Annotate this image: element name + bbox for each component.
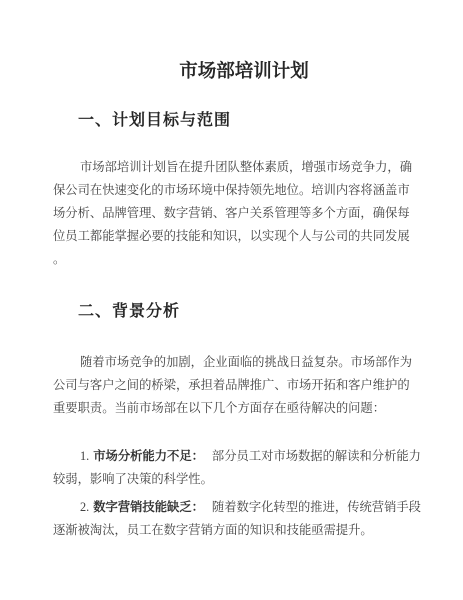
list-item-text: 随着数字化转型的推进，传统营销手段 xyxy=(212,500,421,514)
document-page: 市场部培训计划 一、计划目标与范围 市场部培训计划旨在提升团队整体素质，增强市场… xyxy=(0,0,463,600)
list-item-number: 1. xyxy=(80,449,89,463)
section-2-paragraph: 随着市场竞争的加剧，企业面临的挑战日益复杂。市场部作为 公司与客户之间的桥梁，承… xyxy=(53,351,413,420)
list-item-line: 逐渐被淘汰，员工在数字营销方面的知识和技能亟需提升。 xyxy=(53,519,413,542)
paragraph-line: 位员工都能掌握必要的技能和知识，以实现个人与公司的共同发展 xyxy=(53,225,413,248)
list-item-term: 数字营销技能缺乏： xyxy=(93,500,204,514)
list-item-1: 1.市场分析能力不足：部分员工对市场数据的解读和分析能力 较弱，影响了决策的科学… xyxy=(53,445,413,491)
paragraph-line: 场分析、品牌管理、数字营销、客户关系管理等多个方面，确保每 xyxy=(53,202,413,225)
paragraph-line: 市场部培训计划旨在提升团队整体素质，增强市场竞争力，确 xyxy=(53,156,413,179)
list-item-line: 1.市场分析能力不足：部分员工对市场数据的解读和分析能力 xyxy=(53,445,413,468)
section-1-paragraph: 市场部培训计划旨在提升团队整体素质，增强市场竞争力，确 保公司在快速变化的市场环… xyxy=(53,156,413,271)
section-2-heading: 二、背景分析 xyxy=(78,300,413,324)
section-1-heading: 一、计划目标与范围 xyxy=(78,109,413,133)
paragraph-line: 随着市场竞争的加剧，企业面临的挑战日益复杂。市场部作为 xyxy=(53,351,413,374)
list-item-term: 市场分析能力不足： xyxy=(93,449,204,463)
list-item-2: 2.数字营销技能缺乏：随着数字化转型的推进，传统营销手段 逐渐被淘汰，员工在数字… xyxy=(53,496,413,542)
paragraph-line: 保公司在快速变化的市场环境中保持领先地位。培训内容将涵盖市 xyxy=(53,179,413,202)
paragraph-line: 重要职责。当前市场部在以下几个方面存在亟待解决的问题： xyxy=(53,397,413,420)
list-item-line: 较弱，影响了决策的科学性。 xyxy=(53,468,413,491)
list-item-line: 2.数字营销技能缺乏：随着数字化转型的推进，传统营销手段 xyxy=(53,496,413,519)
document-title: 市场部培训计划 xyxy=(64,58,424,84)
paragraph-line: 。 xyxy=(53,248,413,271)
paragraph-line: 公司与客户之间的桥梁，承担着品牌推广、市场开拓和客户维护的 xyxy=(53,374,413,397)
list-item-number: 2. xyxy=(80,500,89,514)
list-item-text: 部分员工对市场数据的解读和分析能力 xyxy=(212,449,421,463)
